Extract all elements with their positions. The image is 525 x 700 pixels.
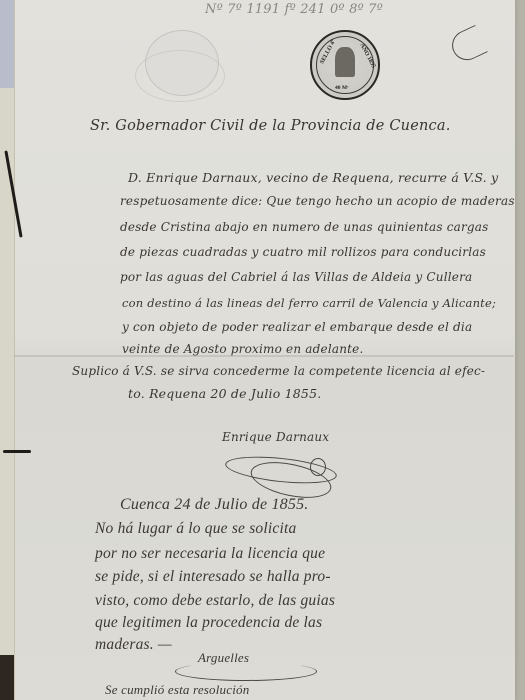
stamp-right-text: AÑO 1855 [359, 43, 377, 70]
resolution-line: por no ser necesaria la licencia que [95, 545, 325, 563]
right-page-edge [514, 0, 525, 700]
seated-allegorical-figure-icon: SELLO 4º AÑO 1855 40 Mˢ [316, 36, 374, 94]
stamp-value: 40 Mˢ [335, 85, 348, 91]
tax-stamp: SELLO 4º AÑO 1855 40 Mˢ [310, 30, 380, 100]
figure-icon [335, 47, 355, 77]
petition-line: D. Enrique Darnaux, vecino de Requena, r… [128, 170, 498, 185]
resolution-header: Cuenca 24 de Julio de 1855. [120, 496, 308, 514]
petition-line: veinte de Agosto proximo en adelante. [122, 342, 363, 356]
resolution-line: No há lugar á lo que se solicita [95, 520, 296, 538]
archive-reference: Nº 7º 1191 fº 241 0º 8º 7º [205, 2, 383, 17]
resolution-line: se pide, si el interesado se halla pro- [95, 568, 331, 586]
petition-line: con destino á las lineas del ferro carri… [122, 296, 496, 310]
binding-knot-icon [3, 450, 31, 453]
petition-line: y con objeto de poder realizar el embarq… [122, 320, 472, 334]
signature-loop-icon [310, 458, 326, 476]
supplication-line: Suplico á V.S. se sirva concederme la co… [72, 364, 485, 378]
petition-line: desde Cristina abajo en numero de unas q… [120, 220, 489, 234]
resolution-line: maderas. — [95, 636, 172, 654]
petition-line: respetuosamente dice: Que tengo hecho un… [120, 194, 515, 208]
petitioner-signature: Enrique Darnaux [222, 430, 329, 444]
footer-note: Se cumplió esta resolución [105, 682, 249, 698]
petition-line: de piezas cuadradas y cuatro mil rollizo… [120, 245, 486, 259]
signature-flourish-icon [175, 662, 317, 681]
embossed-seal-shadow-icon [135, 50, 225, 102]
resolution-line: que legitimen la procedencia de las [95, 614, 322, 632]
resolution-line: visto, como debe estarlo, de las guias [95, 592, 335, 610]
petition-line: por las aguas del Cabriel á las Villas d… [120, 270, 472, 284]
supplication-line: to. Requena 20 de Julio 1855. [128, 386, 321, 401]
salutation: Sr. Gobernador Civil de la Provincia de … [90, 118, 451, 134]
